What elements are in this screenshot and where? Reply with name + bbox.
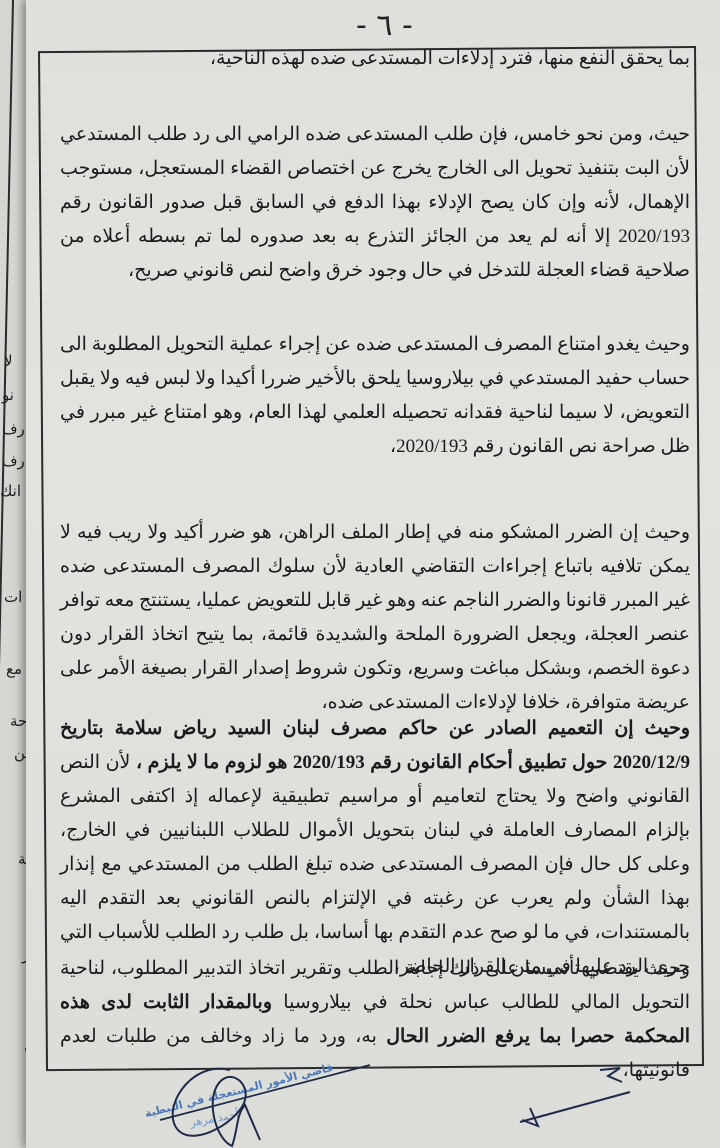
paragraph-3: وحيث يغدو امتناع المصرف المستدعى ضده عن … <box>60 328 690 464</box>
margin-fragment: نو <box>2 386 14 404</box>
page-number: - ٦ - <box>356 8 413 43</box>
initials-scribble-icon <box>500 1060 660 1130</box>
margin-fragment: رف <box>2 420 25 438</box>
judge-stamp-signature: قاضي الأمور المستعجلة في النبطية أحمد مز… <box>120 1060 420 1148</box>
margin-fragment: لا <box>4 352 13 370</box>
paragraph-4: وحيث إن الضرر المشكو منه في إطار الملف ا… <box>60 516 690 720</box>
margin-fragment: ات <box>4 588 22 606</box>
second-signature <box>500 1060 660 1130</box>
signature-scribble-icon <box>120 1060 420 1148</box>
margin-fragment: رف <box>2 452 25 470</box>
margin-fragment: مع <box>6 660 22 678</box>
underlying-page-border <box>0 0 14 1090</box>
paragraph-5-text: لأن النص القانوني واضح ولا يحتاج لتعاميم… <box>60 752 690 977</box>
paragraph-5-bold: وحيث إن التعميم الصادر عن حاكم مصرف لبنا… <box>60 718 690 773</box>
paragraph-2: حيث، ومن نحو خامس، فإن طلب المستدعى ضده … <box>60 118 690 288</box>
document-page: - ٦ - بما يحقق النفع منها، فترد إدلاءات … <box>26 0 720 1148</box>
margin-fragment: حة <box>10 712 27 730</box>
margin-fragment: انك <box>0 482 21 500</box>
paragraph-1: بما يحقق النفع منها، فترد إدلاءات المستد… <box>60 42 690 76</box>
paragraph-5: وحيث إن التعميم الصادر عن حاكم مصرف لبنا… <box>60 712 690 984</box>
